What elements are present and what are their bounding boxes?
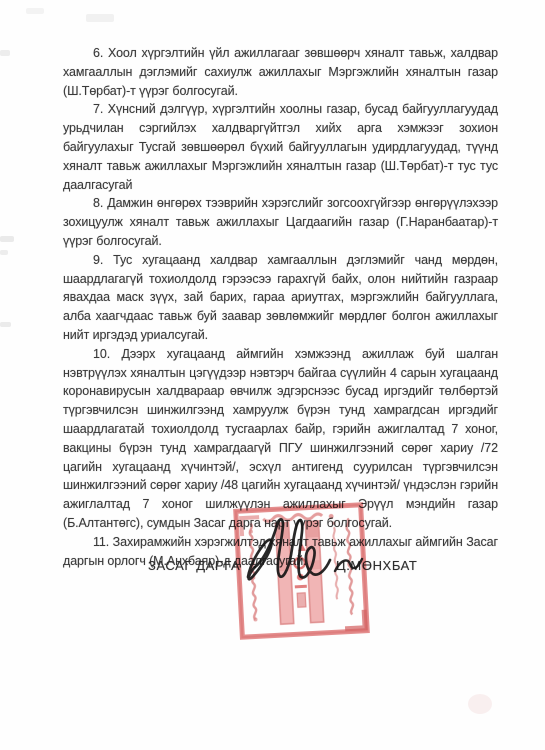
paragraph-9: 9. Тус хугацаанд халдвар хамгааллын дэгл… [63,251,498,345]
paragraph-7: 7. Хүнсний дэлгүүр, хүргэлтийн хоолны га… [63,100,498,194]
scan-artifact [0,322,11,327]
signature-ink-icon [240,513,368,597]
scan-artifact [0,250,8,255]
scan-artifact [0,50,10,56]
scan-artifact [468,694,492,714]
paragraph-10: 10. Дээрх хугацаанд аймгийн хэмжээнд ажи… [63,345,498,533]
document-page: 6. Хоол хүргэлтийн үйл ажиллагааг зөвшөө… [0,0,545,750]
paragraph-6: 6. Хоол хүргэлтийн үйл ажиллагааг зөвшөө… [63,44,498,100]
scan-artifact [26,8,44,14]
paragraph-8: 8. Дамжин өнгөрөх тээврийн хэрэгслийг зо… [63,194,498,250]
signature-title: ЗАСАГ ДАРГА [148,558,240,573]
scan-artifact [0,236,14,242]
document-body: 6. Хоол хүргэлтийн үйл ажиллагааг зөвшөө… [63,44,498,570]
scan-artifact [86,14,114,22]
